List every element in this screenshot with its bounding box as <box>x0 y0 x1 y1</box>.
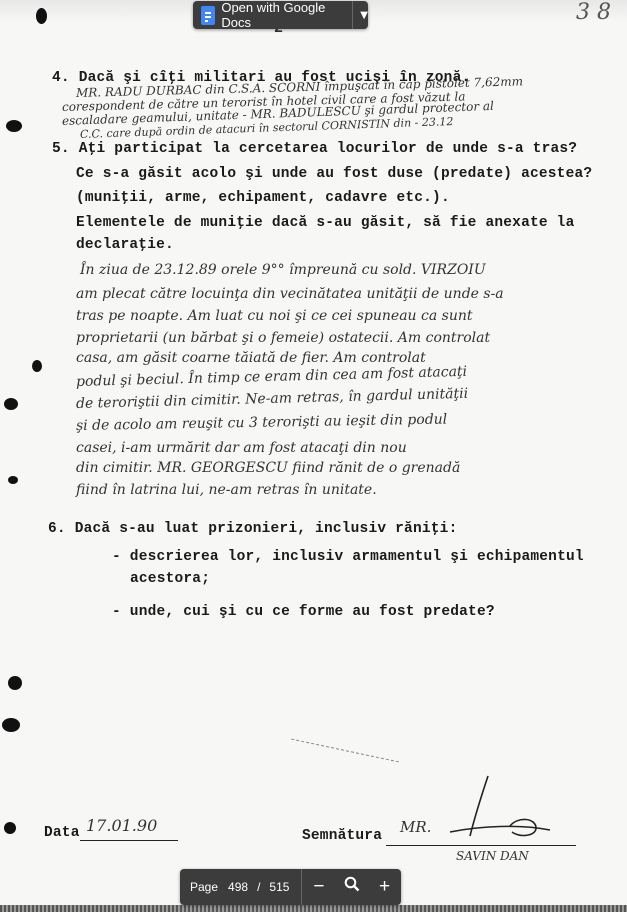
archive-number: 3 8 <box>576 0 611 25</box>
question-6-line: acestora; <box>130 571 210 587</box>
scan-edge <box>0 905 627 912</box>
zoom-icon[interactable] <box>335 876 368 898</box>
question-5-line: Elementele de muniţie dacă s-au găsit, s… <box>76 215 574 231</box>
question-5-line: Ce s-a găsit acolo şi unde au fost duse … <box>76 166 592 182</box>
ink-spot <box>8 476 18 484</box>
scan-mark <box>291 739 399 763</box>
total-pages: 515 <box>269 880 289 894</box>
signature-underline <box>386 845 576 846</box>
q5-answer-line: tras pe noapte. Am luat cu noi şi ce cei… <box>76 308 473 324</box>
ink-spot <box>4 398 18 410</box>
divider <box>352 1 353 29</box>
question-5-line: declaraţie. <box>76 237 174 253</box>
q5-answer-line: casei, i-am urmărit dar am fost atacaţi … <box>76 440 407 456</box>
caret-down-icon[interactable]: ▼ <box>360 10 368 21</box>
open-with-label: Open with Google Docs <box>221 0 344 30</box>
page-label: Page <box>190 880 218 894</box>
signature-label: Semnătura <box>302 828 382 844</box>
ink-spot <box>36 8 47 24</box>
current-page-input[interactable]: 498 <box>228 880 248 894</box>
ink-spot <box>32 360 42 372</box>
date-label: Data <box>44 825 80 841</box>
page-separator: / <box>257 880 260 894</box>
q5-answer-line: proprietarii (un bărbat şi o femeie) ost… <box>76 330 490 346</box>
q5-answer-line: din cimitir. MR. GEORGESCU fiind rănit d… <box>76 460 460 476</box>
ink-spot <box>2 718 20 732</box>
q5-answer-line: am plecat către locuinţa din vecinătatea… <box>76 286 504 302</box>
question-6-line: 6. Dacă s-au luat prizonieri, inclusiv r… <box>48 521 457 537</box>
q5-answer-line: şi de acolo am reuşit cu 3 terorişti au … <box>76 412 447 434</box>
question-5-line: 5. Aţi participat la cercetarea locurilo… <box>52 141 577 157</box>
q5-answer-line: fiind în latrina lui, ne-am retras în un… <box>76 482 377 498</box>
date-value: 17.01.90 <box>86 816 157 835</box>
ink-spot <box>4 822 16 834</box>
question-6-line: - descrierea lor, inclusiv armamentul şi… <box>112 549 584 565</box>
open-with-google-docs-button[interactable]: Open with Google Docs ▼ <box>193 1 368 29</box>
zoom-out-icon[interactable]: − <box>302 876 335 898</box>
page-toolbar: Page 498 / 515 − + <box>180 869 401 905</box>
question-6-line: - unde, cui şi cu ce forme au fost preda… <box>112 604 495 620</box>
document-page: - 2 - 3 8 4. Dacă şi cîţi militari au fo… <box>0 0 627 912</box>
ink-spot <box>6 120 22 132</box>
signature-scribble <box>440 770 560 850</box>
signature-rank: MR. <box>400 818 431 836</box>
ink-spot <box>8 676 22 690</box>
question-5-line: (muniţii, arme, echipament, cadavre etc.… <box>76 190 450 206</box>
google-docs-icon <box>201 6 215 25</box>
date-underline <box>80 840 178 841</box>
q5-answer-line: de teroriştii din cimitir. Ne-am retras,… <box>76 386 469 412</box>
signature-name: SAVIN DAN <box>456 849 529 863</box>
q5-answer-line: În ziua de 23.12.89 orele 9°° împreună c… <box>80 262 486 278</box>
q5-answer-line: casa, am găsit coarne tăiată de fier. Am… <box>76 350 426 366</box>
q5-answer-line: podul şi beciul. În timp ce eram din cea… <box>76 364 467 390</box>
zoom-in-icon[interactable]: + <box>368 876 401 898</box>
